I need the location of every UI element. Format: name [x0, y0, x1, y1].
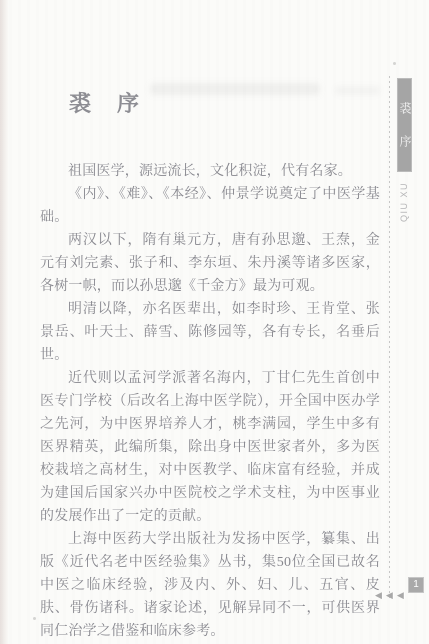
- page-title: 裘 序: [69, 87, 141, 118]
- paragraph: 《内》、《难》、《本经》、仲景学说奠定了中医学基础。: [40, 183, 380, 229]
- left-triangle-icon: ◀: [375, 591, 382, 600]
- scanned-book-page: 裘 序 祖国医学，源远流长，文化积淀，代有名家。 《内》、《难》、《本经》、仲景…: [0, 0, 429, 644]
- chapter-tab-label: 裘序: [397, 78, 412, 168]
- chapter-side-tab: 裘序: [397, 78, 412, 172]
- paragraph: 两汉以下，隋有巢元方，唐有孙思邈、王焘，金元有刘完素、张子和、李东垣、朱丹溪等诸…: [40, 229, 380, 298]
- paragraph: 近代则以孟河学派著名海内，丁甘仁先生首创中医专门学校（后改名上海中医学院），开全…: [40, 367, 380, 528]
- scan-speck: [393, 62, 396, 65]
- scan-smudge: [150, 83, 320, 95]
- page-number-badge: 1: [408, 577, 424, 593]
- page-edge-shadow: [0, 0, 9, 644]
- dotted-divider-line: [389, 76, 390, 598]
- paragraph: 上海中医药大学出版社为发扬中医学，纂集、出版《近代名老中医经验集》丛书，集50位…: [40, 528, 380, 643]
- paragraph: 祖国医学，源远流长，文化积淀，代有名家。: [40, 160, 380, 183]
- preface-body-text: 祖国医学，源远流长，文化积淀，代有名家。 《内》、《难》、《本经》、仲景学说奠定…: [40, 160, 380, 643]
- paragraph: 明清以降，亦名医辈出，如李时珍、王肯堂、张景岳、叶天士、薛雪、陈修园等，各有专长…: [40, 298, 380, 367]
- left-triangle-icon: ◀: [386, 591, 393, 600]
- left-triangle-icon: ◀: [397, 591, 404, 600]
- page-corner-arrows: ◀ ◀ ◀: [375, 591, 404, 600]
- scan-smudge: [335, 86, 380, 95]
- scan-speck: [33, 617, 36, 620]
- chapter-pinyin-label: QIU XU: [399, 177, 411, 227]
